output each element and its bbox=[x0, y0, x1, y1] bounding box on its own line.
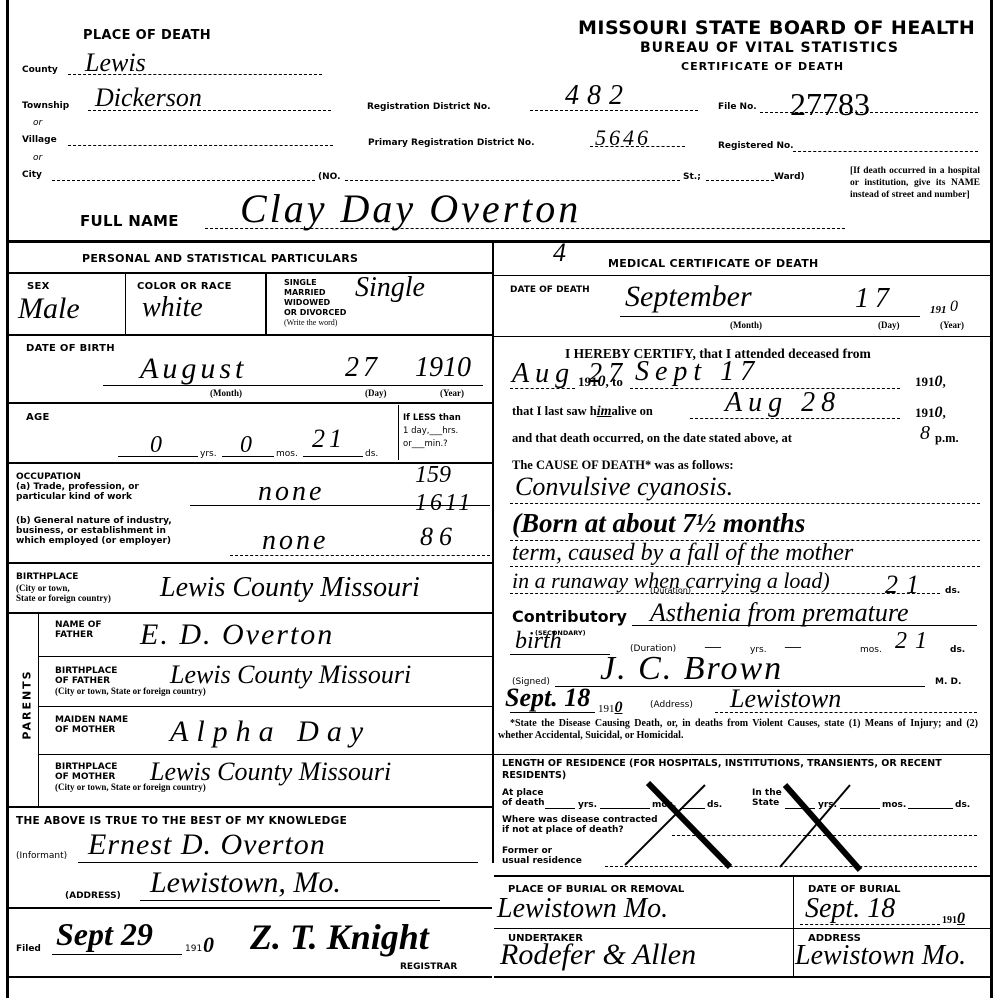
burial-date-value[interactable]: Sept. 18 bbox=[805, 893, 895, 925]
township-value[interactable]: Dickerson bbox=[95, 83, 202, 113]
dod-year-prefix: 191 bbox=[930, 304, 947, 316]
code-mark-3: 86 bbox=[420, 522, 458, 552]
father-birthplace-value[interactable]: Lewis County Missouri bbox=[170, 660, 411, 690]
death-time-text: and that death occurred, on the date sta… bbox=[512, 431, 792, 446]
code-mark-2: 1611 bbox=[415, 490, 473, 517]
contrib-duration-mos[interactable]: — bbox=[785, 636, 801, 657]
physician-address-value[interactable]: Lewistown bbox=[730, 684, 841, 714]
at-place-yrs-label: yrs. bbox=[578, 800, 597, 810]
age-ds-label: ds. bbox=[365, 449, 378, 459]
place-of-death-heading: PLACE OF DEATH bbox=[83, 28, 211, 43]
cause-line-3[interactable]: term, caused by a fall of the mother bbox=[512, 540, 853, 567]
primary-district-value[interactable]: 5646 bbox=[595, 125, 651, 151]
sex-value[interactable]: Male bbox=[18, 292, 80, 326]
file-no-value[interactable]: 27783 bbox=[790, 86, 870, 123]
attended-to-year: 1910, bbox=[915, 373, 946, 391]
last-saw-text: that I last saw himalive on bbox=[512, 404, 653, 420]
registrar-signature[interactable]: Z. T. Knight bbox=[250, 916, 429, 958]
md-label: M. D. bbox=[935, 677, 961, 687]
full-name-value[interactable]: Clay Day Overton bbox=[240, 185, 581, 232]
dob-month-caption: (Month) bbox=[210, 388, 242, 398]
physician-address-label: (Address) bbox=[650, 700, 693, 710]
undertaker-value[interactable]: Rodefer & Allen bbox=[500, 938, 696, 972]
filed-year-suffix[interactable]: 0 bbox=[203, 932, 214, 958]
signed-year: 1910 bbox=[598, 699, 623, 717]
filed-label: Filed bbox=[16, 944, 41, 954]
birthplace-value[interactable]: Lewis County Missouri bbox=[160, 572, 420, 604]
death-time-suffix: p.m. bbox=[935, 431, 959, 446]
occupation-a-label: OCCUPATION (a) Trade, profession, or par… bbox=[16, 472, 139, 502]
county-value[interactable]: Lewis bbox=[85, 48, 146, 78]
registered-no-label: Registered No. bbox=[718, 141, 794, 151]
cause-footnote: *State the Disease Causing Death, or, in… bbox=[498, 718, 978, 742]
marital-labels: SINGLE MARRIED WIDOWED OR DIVORCED (Writ… bbox=[284, 278, 346, 327]
informant-address-label: (ADDRESS) bbox=[65, 891, 121, 901]
filed-date[interactable]: Sept 29 bbox=[56, 916, 153, 953]
registration-district-value[interactable]: 482 bbox=[565, 80, 631, 112]
form-name: CERTIFICATE OF DEATH bbox=[681, 60, 844, 73]
birthplace-sub-2: State or foreign country) bbox=[16, 593, 111, 603]
dob-year[interactable]: 1910 bbox=[415, 352, 471, 384]
burial-place-value[interactable]: Lewistown Mo. bbox=[497, 893, 668, 925]
cause-duration-days[interactable]: 21 bbox=[885, 570, 927, 600]
township-label: Township bbox=[22, 101, 69, 111]
cause-line-2[interactable]: (Born at about 7½ months bbox=[512, 508, 805, 539]
dod-label: DATE OF DEATH bbox=[510, 285, 590, 295]
registration-district-label: Registration District No. bbox=[367, 102, 491, 112]
signed-date[interactable]: Sept. 18 bbox=[505, 683, 590, 713]
personal-heading: PERSONAL AND STATISTICAL PARTICULARS bbox=[82, 252, 358, 265]
right-border bbox=[990, 0, 993, 998]
dod-day[interactable]: 17 bbox=[855, 283, 895, 315]
last-saw-date[interactable]: Aug 28 bbox=[725, 387, 841, 419]
dob-month[interactable]: August bbox=[140, 352, 247, 386]
no-label: (NO. bbox=[318, 172, 341, 182]
at-place-label: At place of death bbox=[502, 788, 545, 808]
death-time-value[interactable]: 8 bbox=[920, 422, 930, 445]
age-months[interactable]: 0 bbox=[240, 432, 252, 459]
in-state-ds-label: ds. bbox=[955, 800, 970, 810]
dod-year-caption: (Year) bbox=[940, 320, 964, 330]
in-state-mos-label: mos. bbox=[882, 800, 906, 810]
code-mark-1: 159 bbox=[415, 462, 451, 489]
margin-mark: 4 bbox=[553, 238, 566, 268]
marital-value[interactable]: Single bbox=[355, 272, 425, 304]
informant-heading: THE ABOVE IS TRUE TO THE BEST OF MY KNOW… bbox=[16, 815, 347, 827]
st-label: St.; bbox=[683, 172, 701, 182]
medical-heading: MEDICAL CERTIFICATE OF DEATH bbox=[608, 257, 819, 270]
age-years[interactable]: 0 bbox=[150, 432, 162, 459]
contrib-mos-label: mos. bbox=[860, 645, 882, 655]
informant-address-value[interactable]: Lewistown, Mo. bbox=[150, 866, 341, 900]
file-no-label: File No. bbox=[718, 102, 757, 112]
city-label: City bbox=[22, 170, 42, 180]
primary-district-label: Primary Registration District No. bbox=[368, 138, 535, 148]
attended-to[interactable]: Sept 17 bbox=[635, 356, 760, 388]
left-border bbox=[6, 0, 9, 998]
burial-year: 1910 bbox=[942, 910, 965, 928]
cause-duration-ds-label: ds. bbox=[945, 586, 960, 596]
informant-label: (Informant) bbox=[16, 851, 67, 861]
contrib-duration-ds[interactable]: 21 bbox=[895, 628, 935, 655]
occupation-a-value[interactable]: none bbox=[258, 476, 324, 508]
mother-value[interactable]: Alpha Day bbox=[170, 715, 371, 749]
birthplace-sub-1: (City or town, bbox=[16, 583, 70, 593]
document-title: MISSOURI STATE BOARD OF HEALTH bbox=[578, 17, 975, 39]
attended-from-year: 1910, to bbox=[578, 373, 623, 391]
parents-side-label: PARENTS bbox=[21, 669, 34, 739]
informant-value[interactable]: Ernest D. Overton bbox=[88, 828, 326, 862]
document-subtitle: BUREAU OF VITAL STATISTICS bbox=[640, 40, 899, 56]
contributory-line-2[interactable]: birth bbox=[515, 628, 562, 655]
undertaker-address-value[interactable]: Lewistown Mo. bbox=[795, 940, 966, 972]
age-days[interactable]: 21 bbox=[312, 424, 346, 454]
former-residence-label: Former or usual residence bbox=[502, 846, 582, 866]
dod-month-caption: (Month) bbox=[730, 320, 762, 330]
strike-x-mark-1 bbox=[620, 775, 740, 875]
mother-birthplace-value[interactable]: Lewis County Missouri bbox=[150, 757, 391, 787]
dod-year-suffix[interactable]: 0 bbox=[950, 298, 958, 316]
cause-duration-label: (Duration) bbox=[650, 586, 691, 596]
or-label-2: or bbox=[33, 153, 42, 163]
hospital-note: [If death occurred in a hospital or inst… bbox=[850, 165, 980, 201]
dob-day-caption: (Day) bbox=[365, 388, 387, 398]
mother-label: MAIDEN NAME OF MOTHER bbox=[55, 715, 128, 735]
contrib-ds-label: ds. bbox=[950, 645, 965, 655]
dob-year-caption: (Year) bbox=[440, 388, 464, 398]
dod-day-caption: (Day) bbox=[878, 320, 900, 330]
or-label-1: or bbox=[33, 118, 42, 128]
sex-label: SEX bbox=[27, 281, 50, 292]
dob-day[interactable]: 27 bbox=[345, 352, 381, 384]
age-mos-label: mos. bbox=[276, 449, 298, 459]
contributory-label: Contributory bbox=[512, 607, 627, 626]
birthplace-label: BIRTHPLACE bbox=[16, 572, 78, 582]
less-than-day-box: If LESS than 1 day,___hrs. or___min.? bbox=[403, 412, 461, 451]
dod-month[interactable]: September bbox=[625, 280, 752, 314]
strike-x-mark-2 bbox=[760, 775, 870, 875]
contributory-line-1[interactable]: Asthenia from premature bbox=[650, 598, 909, 628]
filed-year-prefix: 191 bbox=[185, 944, 202, 954]
ward-label: Ward) bbox=[774, 172, 805, 182]
cause-label: The CAUSE OF DEATH* was as follows: bbox=[512, 458, 734, 473]
village-label: Village bbox=[22, 135, 57, 145]
race-label: COLOR OR RACE bbox=[137, 281, 232, 292]
father-value[interactable]: E. D. Overton bbox=[140, 618, 334, 652]
last-saw-year: 1910, bbox=[915, 404, 946, 422]
county-label: County bbox=[22, 65, 58, 75]
occupation-b-value[interactable]: none bbox=[262, 525, 328, 557]
age-label: AGE bbox=[26, 412, 50, 423]
physician-signature[interactable]: J. C. Brown bbox=[600, 650, 783, 688]
occupation-b-label: (b) General nature of industry, business… bbox=[16, 516, 172, 546]
cause-line-1[interactable]: Convulsive cyanosis. bbox=[515, 472, 733, 502]
full-name-label: FULL NAME bbox=[80, 212, 179, 230]
father-label: NAME OF FATHER bbox=[55, 620, 102, 640]
registrar-label: REGISTRAR bbox=[400, 962, 457, 972]
age-yrs-label: yrs. bbox=[200, 449, 217, 459]
race-value[interactable]: white bbox=[142, 292, 203, 324]
dob-label: DATE OF BIRTH bbox=[26, 343, 115, 354]
